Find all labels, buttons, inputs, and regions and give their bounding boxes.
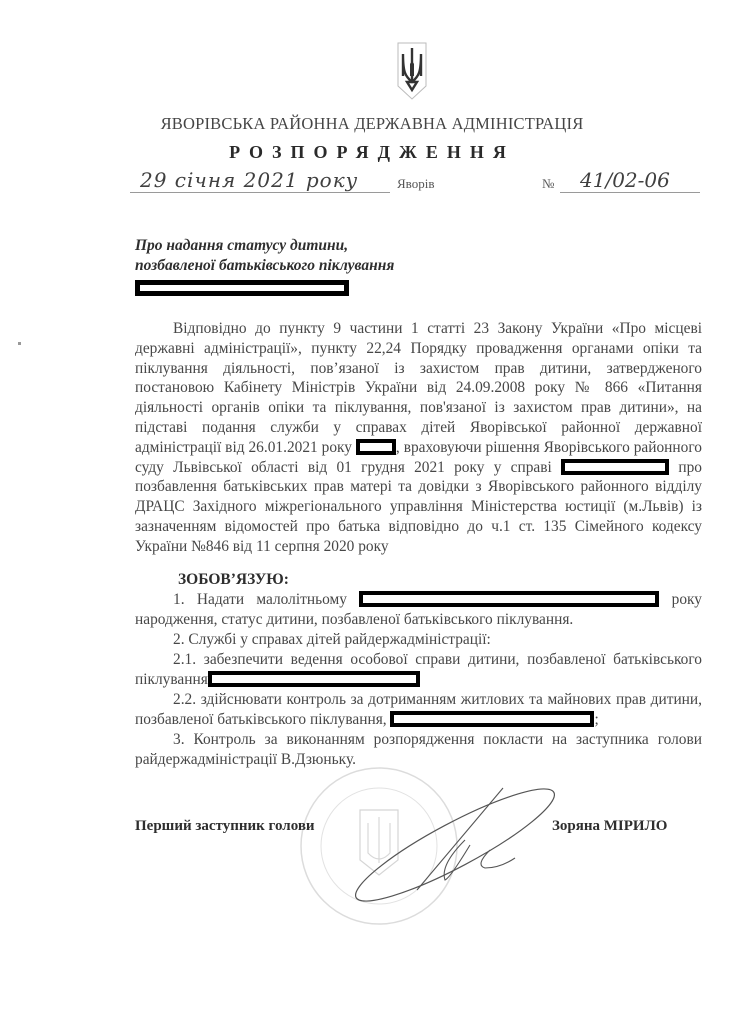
- item-1: 1. Надати малолітньому року народження, …: [135, 590, 702, 630]
- organization-name: ЯВОРІВСЬКА РАЙОННА ДЕРЖАВНА АДМІНІСТРАЦІ…: [0, 114, 744, 134]
- redaction-box-inline: [356, 439, 396, 455]
- redaction-box-case-number: [561, 459, 669, 475]
- document-type-title: РОЗПОРЯДЖЕННЯ: [0, 142, 744, 163]
- city-label: Яворів: [397, 176, 434, 192]
- date-underline: [130, 192, 390, 193]
- redaction-box-item-2-2: [390, 711, 594, 727]
- redaction-box-child-name: [359, 591, 659, 607]
- signatory-name: Зоряна МІРИЛО: [552, 818, 667, 835]
- handwritten-date: 29 січня 2021 року: [140, 168, 358, 192]
- number-underline: [560, 192, 700, 193]
- redaction-box-subject: [135, 280, 349, 296]
- item-2-2-end: ;: [594, 711, 598, 728]
- trident-emblem-icon: [397, 42, 427, 102]
- number-label: №: [542, 176, 554, 192]
- handwritten-signature: [355, 780, 555, 910]
- item-2-1: 2.1. забезпечити ведення особової справи…: [135, 650, 702, 690]
- document-subject: Про надання статусу дитини, позбавленої …: [135, 236, 394, 276]
- scan-speck: [18, 342, 21, 345]
- oblige-heading: ЗОБОВ’ЯЗУЮ:: [178, 571, 289, 589]
- subject-line-2: позбавленої батьківського піклування: [135, 256, 394, 276]
- item-1-text-a: 1. Надати малолітньому: [173, 591, 347, 608]
- preamble-paragraph: Відповідно до пункту 9 частини 1 статті …: [135, 319, 702, 557]
- item-2-2: 2.2. здійснювати контроль за дотриманням…: [135, 690, 702, 730]
- item-2: 2. Службі у справах дітей райдержадмініс…: [135, 630, 702, 650]
- redaction-box-item-2-1: [208, 671, 420, 687]
- handwritten-document-number: 41/02-06: [580, 168, 670, 192]
- preamble-text-1: Відповідно до пункту 9 частини 1 статті …: [135, 320, 702, 456]
- signatory-role: Перший заступник голови: [135, 818, 315, 835]
- subject-line-1: Про надання статусу дитини,: [135, 236, 394, 256]
- item-3: 3. Контроль за виконанням розпорядження …: [135, 730, 702, 770]
